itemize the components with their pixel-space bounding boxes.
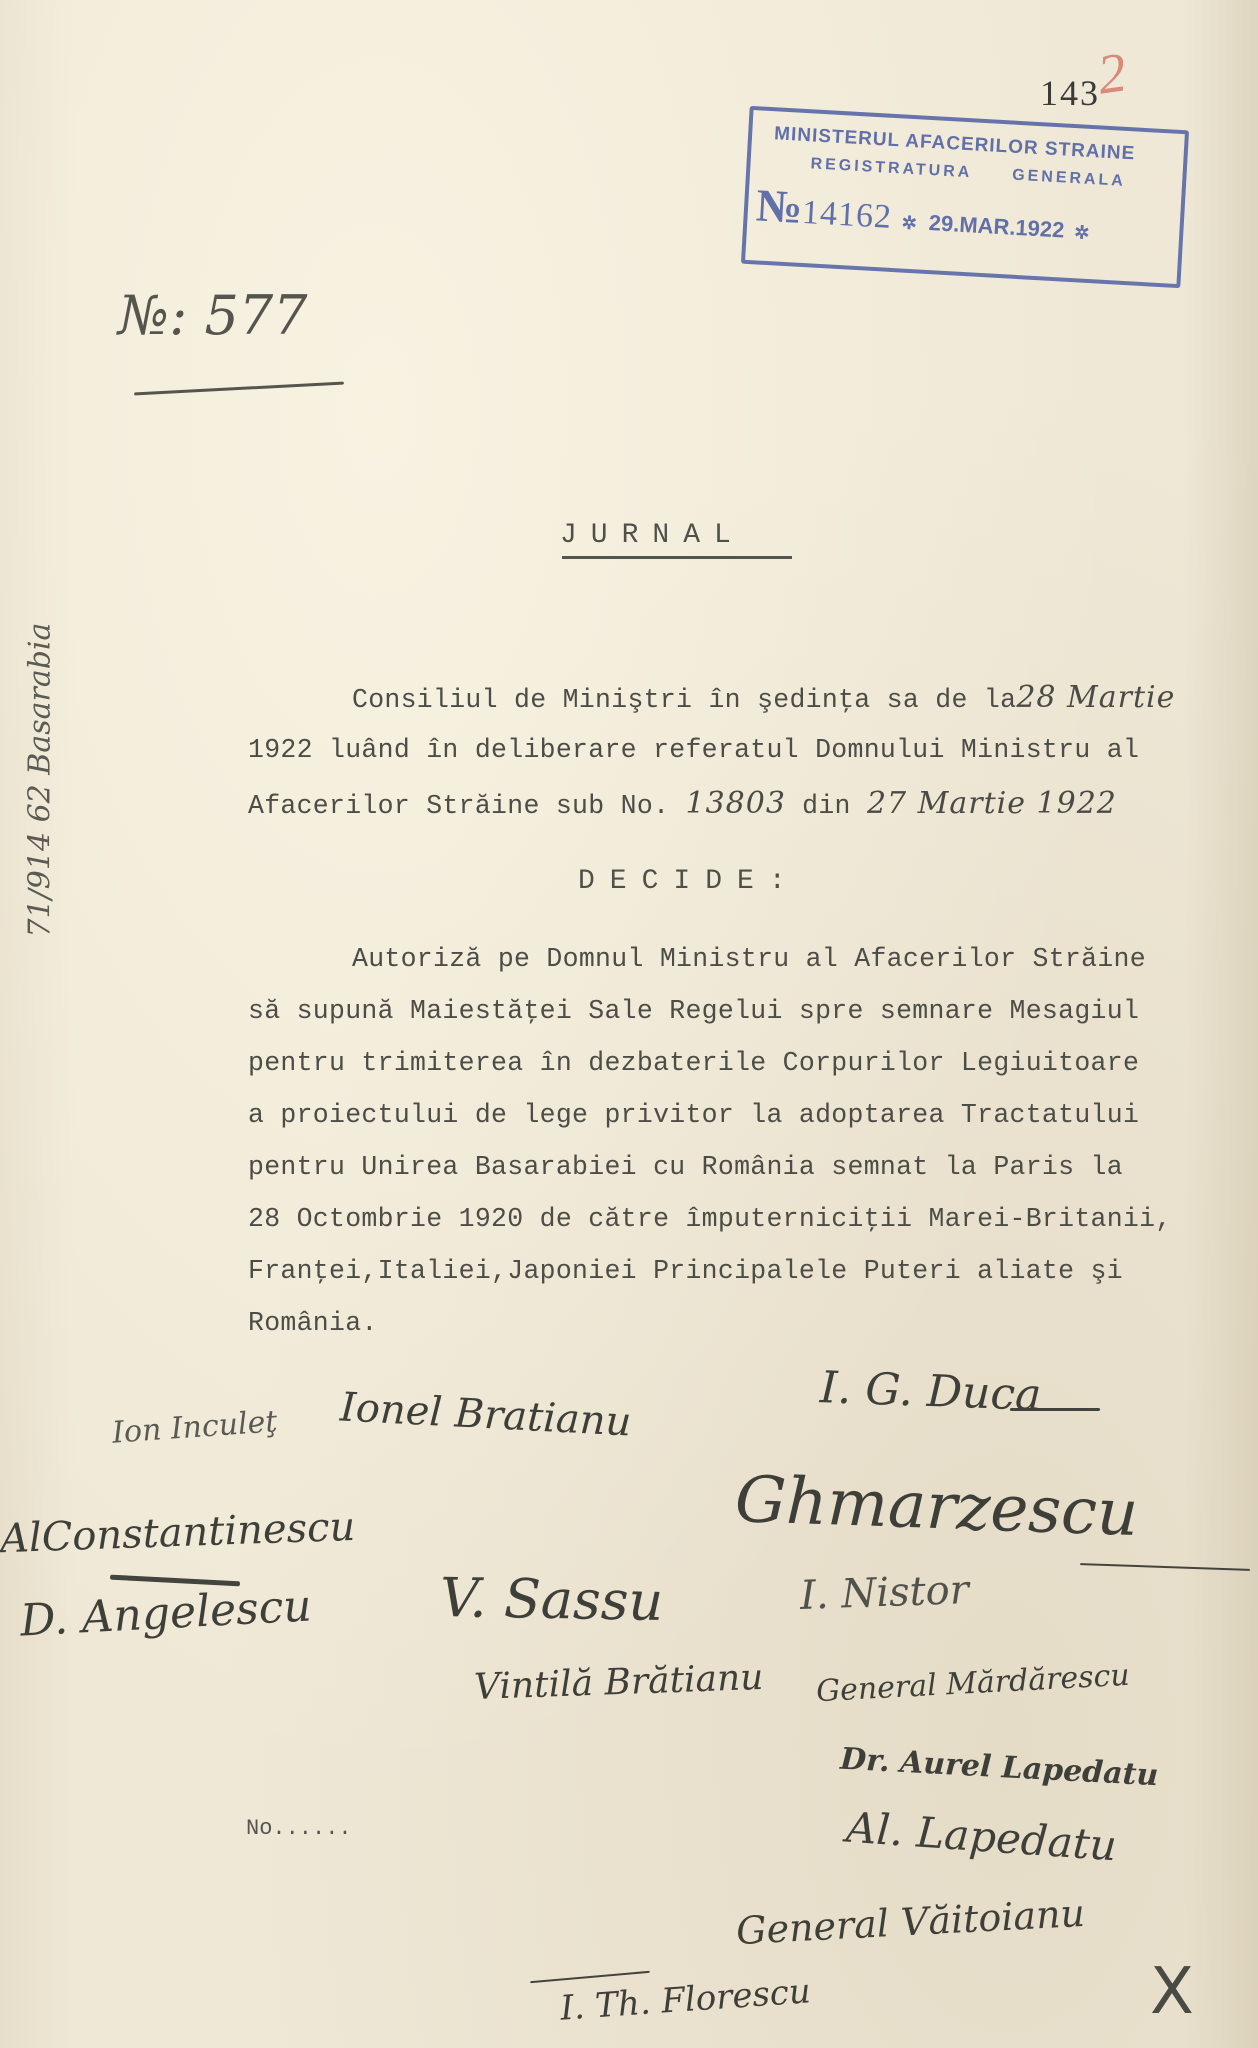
decision-line: Franţei,Italiei,Japoniei Principalele Pu… [248, 1256, 1123, 1286]
signature-angelescu: D. Angelescu [19, 1580, 313, 1646]
signature-vintila-bratianu: Vintilă Brătianu [473, 1657, 764, 1708]
decide-heading: DECIDE: [578, 866, 801, 897]
decision-line: să supună Maiestăţei Sale Regelui spre s… [248, 996, 1139, 1026]
signature-nistor: I. Nistor [799, 1567, 969, 1619]
decision-line: România. [248, 1308, 378, 1338]
signature-inculet: Ion Inculeţ [111, 1404, 279, 1450]
cross-mark-icon: X [1150, 1955, 1194, 2029]
signature-flourish [530, 1971, 650, 1983]
stamp-general-label: GENERALA [1012, 167, 1127, 190]
decision-line: a proiectului de lege privitor la adopta… [248, 1100, 1139, 1130]
preamble-text: Consiliul de Miniştri în şedinţa sa de l… [352, 685, 1016, 715]
handwritten-document-number: №: 577 [118, 284, 308, 347]
signature-duca: I. G. Duca [819, 1362, 1042, 1421]
preamble-line-2: 1922 luând în deliberare referatul Domnu… [248, 735, 1139, 765]
handwritten-report-number: 13803 [685, 786, 785, 821]
decision-line: pentru trimiterea în dezbaterile Corpuri… [248, 1048, 1139, 1078]
star-icon: ✲ [901, 213, 917, 234]
preamble-line-3: Afacerilor Străine sub No. 13803 din 27 … [248, 786, 1117, 821]
decision-line: Autoriză pe Domnul Ministru al Afacerilo… [352, 944, 1146, 974]
title-underline [562, 556, 792, 559]
signature-al-lapedatu: Al. Lapedatu [845, 1803, 1119, 1871]
signature-vaitoianu: General Văitoianu [735, 1891, 1086, 1953]
signature-bratianu: Ionel Bratianu [339, 1384, 632, 1445]
signature-flourish [110, 1575, 240, 1587]
number-sign-icon: № [755, 179, 804, 233]
decision-line: 28 Octombrie 1920 de către împuterniciţi… [248, 1204, 1172, 1234]
preamble-text: din [802, 791, 851, 821]
margin-archive-annotation: 71/914 62 Basarabia [23, 618, 58, 938]
number-underline [134, 382, 344, 396]
stamp-registry-label: REGISTRATURA [810, 155, 973, 181]
signature-flourish [1010, 1408, 1100, 1411]
stamp-number-line: №14162 ✲29.MAR.1922 ✲ [755, 178, 1098, 250]
registry-stamp: MINISTERUL AFACERILOR STRAINE REGISTRATU… [741, 106, 1189, 288]
star-icon: ✲ [1074, 222, 1090, 243]
handwritten-report-date: 27 Martie 1922 [867, 786, 1117, 821]
preamble-line-1: Consiliul de Miniştri în şedinţa sa de l… [352, 680, 1175, 715]
signature-aurel-lapedatu: Dr. Aurel Lapedatu [839, 1742, 1159, 1794]
signature-sassu: V. Sassu [439, 1566, 663, 1633]
signature-mardarescu: General Mărdărescu [815, 1658, 1130, 1709]
handwritten-session-date: 28 Martie [1016, 680, 1175, 715]
stamp-date: 29.MAR.1922 [928, 210, 1065, 243]
signature-florescu: I. Th. Florescu [559, 1971, 812, 2028]
document-title: JURNAL [560, 520, 745, 551]
preamble-text: Afacerilor Străine sub No. [248, 791, 669, 821]
stamp-registration-number: 14162 [801, 194, 893, 236]
folio-number: 143 [1040, 72, 1100, 114]
footer-number-field: No...... [246, 1816, 352, 1841]
signature-marzescu: Ghmarzescu [734, 1463, 1140, 1551]
signature-constantinescu: AlConstantinescu [0, 1504, 356, 1562]
signature-flourish [1080, 1563, 1250, 1571]
decision-line: pentru Unirea Basarabiei cu România semn… [248, 1152, 1123, 1182]
